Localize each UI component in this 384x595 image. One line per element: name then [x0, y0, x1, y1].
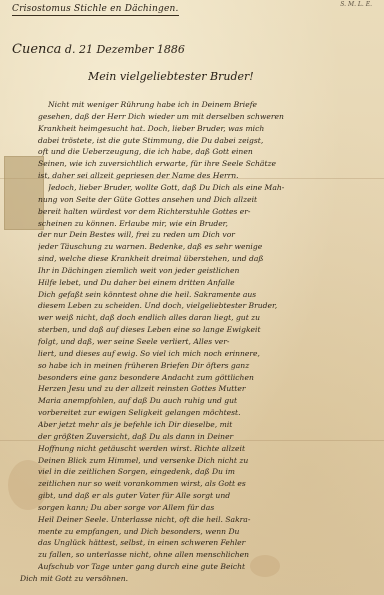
- letter-line: nung von Seite der Güte Gottes ansehen u…: [38, 195, 380, 205]
- letter-line: Jedoch, lieber Bruder, wollte Gott, daß …: [48, 183, 384, 193]
- letter-line: Hoffnung nicht getäuscht werden wirst. R…: [38, 444, 380, 454]
- letter-line: wer weiß nicht, daß doch endlich alles d…: [38, 313, 380, 323]
- letter-line: Heil Deiner Seele. Unterlasse nicht, oft…: [38, 515, 380, 525]
- letter-line: scheinen zu können. Erlaube mir, wie ein…: [38, 219, 380, 229]
- letter-line: jeder Täuschung zu warnen. Bedenke, daß …: [38, 242, 380, 252]
- letter-line: vorbereitet zur ewigen Seligkeit gelange…: [38, 408, 380, 418]
- date-text: d. 21 Dezember 1886: [65, 43, 185, 56]
- letter-line: Ihr in Dächingen ziemlich weit von jeder…: [38, 266, 380, 276]
- letter-line: zeitlichen nur so weit vorankommen wirst…: [38, 479, 380, 489]
- letter-line: der nur Dein Bestes will, frei zu reden …: [38, 230, 380, 240]
- letter-line: bereit halten würdest vor dem Richterstu…: [38, 207, 380, 217]
- salutation: Mein vielgeliebtester Bruder!: [88, 70, 254, 83]
- letter-line: gibt, und daß er als guter Vater für All…: [38, 491, 380, 501]
- letter-line: Krankheit heimgesucht hat. Doch, lieber …: [38, 124, 380, 134]
- letter-line: besonders eine ganz besondere Andacht zu…: [38, 373, 380, 383]
- letter-line: Dich gefaßt sein könntest ohne die heil.…: [38, 290, 380, 300]
- letter-line: oft und die Ueberzeugung, die ich habe, …: [38, 147, 380, 157]
- date-city: Cuenca: [12, 42, 61, 57]
- letter-date: Cuenca d. 21 Dezember 1886: [12, 42, 185, 57]
- letter-line: zu fallen, so unterlasse nicht, ohne all…: [38, 550, 380, 560]
- letter-line: Deinen Blick zum Himmel, und versenke Di…: [38, 456, 380, 466]
- letter-line: sind, welche diese Krankheit dreimal übe…: [38, 254, 380, 264]
- letter-line: diesem Leben zu scheiden. Und doch, viel…: [38, 301, 380, 311]
- letter-line: liert, und dieses auf ewig. So viel ich …: [38, 349, 380, 359]
- letter-page: Crisostomus Stichle en Dächingen. S. M. …: [0, 0, 384, 595]
- letter-line: gesehen, daß der Herr Dich wieder um mit…: [38, 112, 380, 122]
- letter-line: dabei tröstete, ist die gute Stimmung, d…: [38, 136, 380, 146]
- letter-line: Aber jetzt mehr als je befehle ich Dir d…: [38, 420, 380, 430]
- letter-line: Herzen Jesu und zu der allzeit reinsten …: [38, 384, 380, 394]
- archive-reference: S. M. L. E.: [340, 1, 372, 8]
- letter-line: folgt, und daß, wer seine Seele verliert…: [38, 337, 380, 347]
- letter-header: Crisostomus Stichle en Dächingen.: [12, 4, 179, 16]
- letter-line: mente zu empfangen, und Dich besonders, …: [38, 527, 380, 537]
- letter-line: Hilfe lebet, und Du daher bei einem drit…: [38, 278, 380, 288]
- letter-line: sterben, und daß auf dieses Leben eine s…: [38, 325, 380, 335]
- letter-line: Nicht mit weniger Rührung habe ich in De…: [48, 100, 384, 110]
- letter-line: Maria anempfohlen, auf daß Du auch ruhig…: [38, 396, 380, 406]
- letter-line: Dich mit Gott zu versöhnen.: [20, 574, 362, 584]
- letter-line: ist, daher sei allzeit gepriesen der Nam…: [38, 171, 380, 181]
- letter-line: sorgen kann; Du aber sorge vor Allem für…: [38, 503, 380, 513]
- letter-line: viel in die zeitlichen Sorgen, eingedenk…: [38, 467, 380, 477]
- letter-line: Aufschub vor Tage unter gang durch eine …: [38, 562, 380, 572]
- letter-line: so habe ich in meinen früheren Briefen D…: [38, 361, 380, 371]
- letter-line: das Unglück hättest, selbst, in einen sc…: [38, 538, 380, 548]
- letter-line: der größten Zuversicht, daß Du als dann …: [38, 432, 380, 442]
- letter-line: Seinen, wie ich zuversichtlich erwarte, …: [38, 159, 380, 169]
